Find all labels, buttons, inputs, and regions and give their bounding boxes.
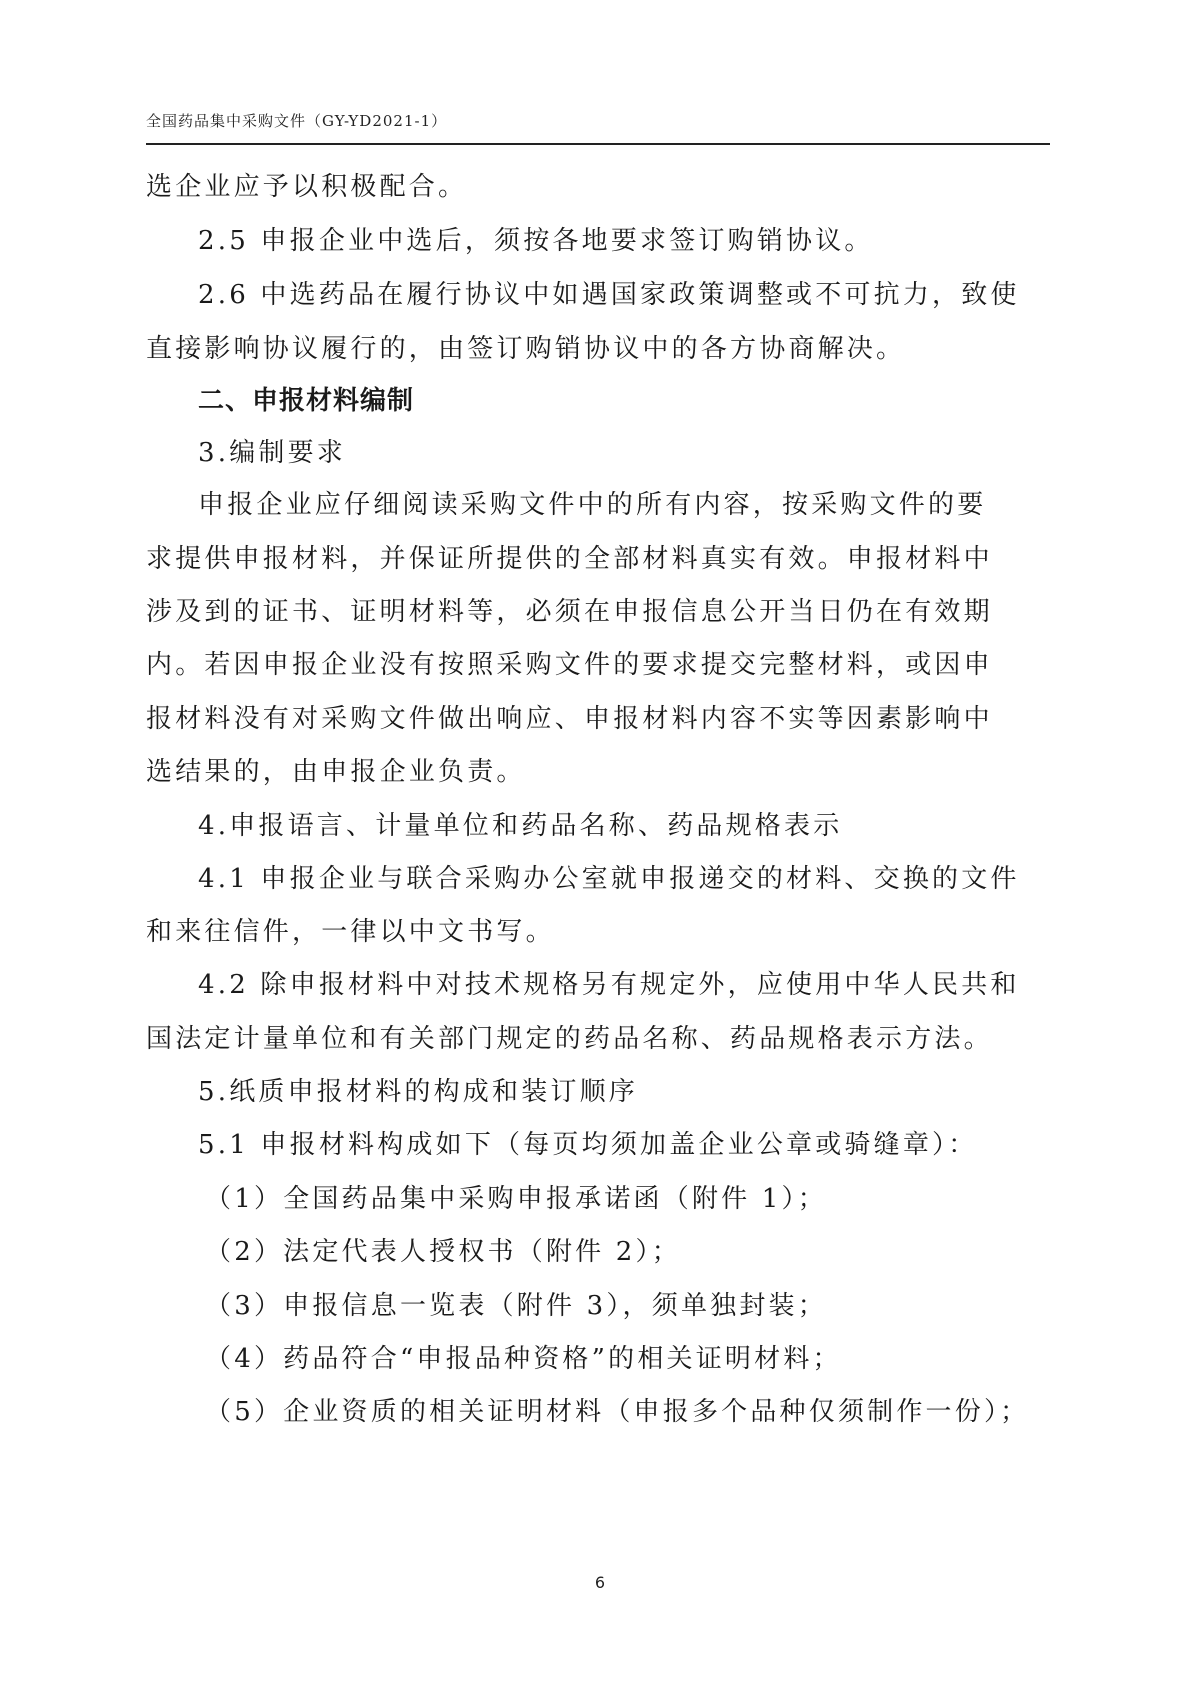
header-rule bbox=[146, 143, 1050, 145]
page-number: 6 bbox=[0, 1573, 1200, 1592]
paragraph-line: 求提供申报材料，并保证所提供的全部材料真实有效。申报材料中 bbox=[146, 544, 993, 574]
paragraph-line: 报材料没有对采购文件做出响应、申报材料内容不实等因素影响中 bbox=[146, 704, 993, 734]
list-item: （4）药品符合“申报品种资格”的相关证明材料； bbox=[205, 1344, 842, 1374]
paragraph-line: 4.1 申报企业与联合采购办公室就申报递交的材料、交换的文件 bbox=[198, 864, 1020, 894]
list-item: （2）法定代表人授权书（附件 2）； bbox=[205, 1237, 681, 1267]
paragraph-line: 内。若因申报企业没有按照采购文件的要求提交完整材料，或因申 bbox=[146, 650, 993, 680]
page-header-title: 全国药品集中采购文件（GY-YD2021-1） bbox=[146, 110, 447, 131]
section-heading: 二、申报材料编制 bbox=[198, 386, 414, 416]
paragraph-line: 申报企业应仔细阅读采购文件中的所有内容，按采购文件的要 bbox=[198, 490, 986, 520]
paragraph-line: 4.2 除申报材料中对技术规格另有规定外，应使用中华人民共和 bbox=[198, 970, 1020, 1000]
list-item: （5）企业资质的相关证明材料（申报多个品种仅须制作一份）； bbox=[205, 1397, 1029, 1427]
paragraph-line: 选企业应予以积极配合。 bbox=[146, 172, 467, 202]
list-item: （3）申报信息一览表（附件 3），须单独封装； bbox=[205, 1291, 827, 1321]
paragraph-line: 2.5 申报企业中选后，须按各地要求签订购销协议。 bbox=[198, 226, 874, 256]
paragraph-line: 2.6 中选药品在履行协议中如遇国家政策调整或不可抗力，致使 bbox=[198, 280, 1020, 310]
paragraph-line: 和来往信件，一律以中文书写。 bbox=[146, 917, 555, 947]
subsection-heading: 3.编制要求 bbox=[198, 438, 346, 468]
paragraph-line: 选结果的，由申报企业负责。 bbox=[146, 757, 526, 787]
subsection-heading: 4.申报语言、计量单位和药品名称、药品规格表示 bbox=[198, 811, 842, 841]
paragraph-line: 国法定计量单位和有关部门规定的药品名称、药品规格表示方法。 bbox=[146, 1024, 993, 1054]
subsection-heading: 5.纸质申报材料的构成和装订顺序 bbox=[198, 1077, 638, 1107]
paragraph-line: 5.1 申报材料构成如下（每页均须加盖企业公章或骑缝章）： bbox=[198, 1130, 977, 1160]
paragraph-line: 涉及到的证书、证明材料等，必须在申报信息公开当日仍在有效期 bbox=[146, 597, 993, 627]
list-item: （1）全国药品集中采购申报承诺函（附件 1）； bbox=[205, 1184, 827, 1214]
paragraph-line: 直接影响协议履行的，由签订购销协议中的各方协商解决。 bbox=[146, 334, 905, 364]
